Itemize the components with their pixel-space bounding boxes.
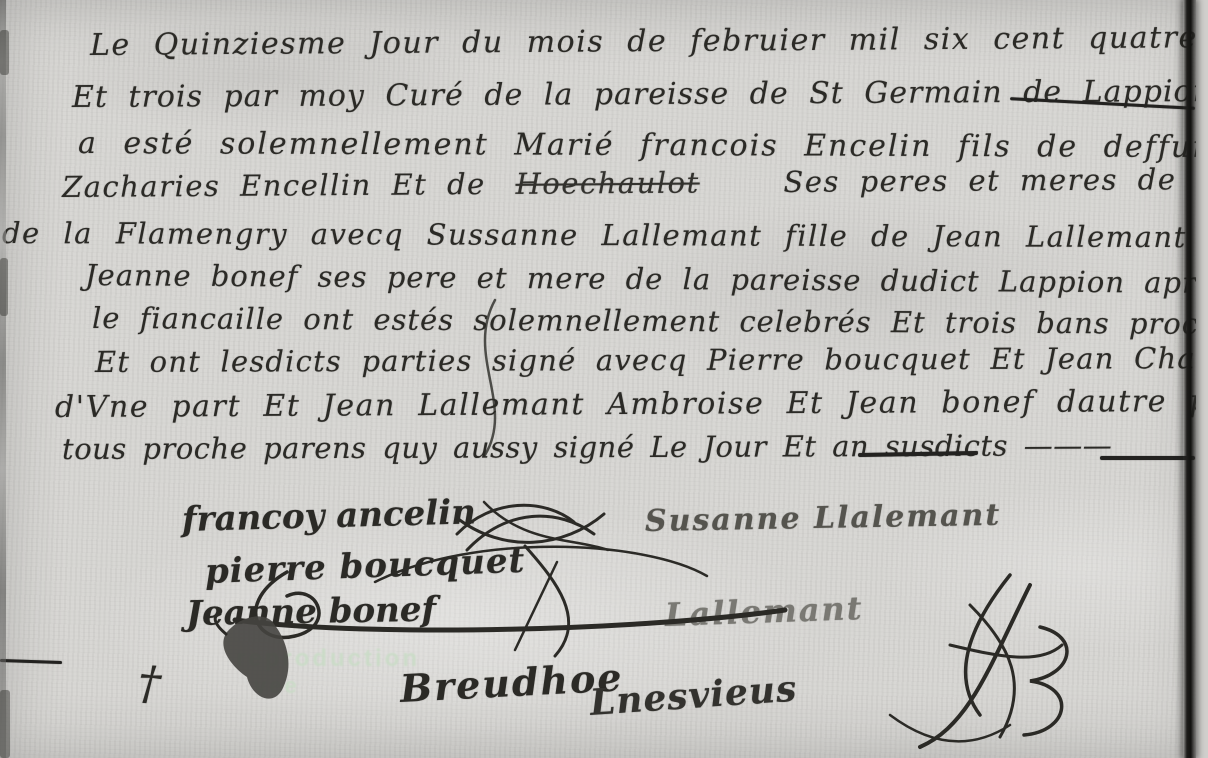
manuscript-line-4: Zacharies Encellin Et de Hoechaulot Ses … [62,161,1208,204]
book-gutter-band [1183,0,1196,758]
manuscript-line-6: Jeanne bonef ses pere et mere de la pare… [85,258,1208,301]
manuscript-line-5: de la Flamengry avecq Sussanne Lallemant… [2,216,1208,255]
descender-flourish-signe [455,300,535,460]
line-4-pre: Zacharies Encellin Et de [62,167,486,204]
manuscript-line-9: d'Vne part Et Jean Lallemant Ambroise Et… [55,384,1208,425]
left-scan-edge [0,0,6,758]
ink-blot [212,612,302,707]
manuscript-line-7: le fiancaille ont estés solemnellement c… [92,301,1208,341]
line-4-post: Ses peres et meres de la paroisse [783,161,1208,199]
paraph-flourish-center [225,540,825,660]
stroke-bottom-left [0,659,62,664]
flourish-tangle-bottom-right [830,565,1070,755]
adjacent-page-strip [1196,0,1208,758]
manuscript-line-2: Et trois par moy Curé de la pareisse de … [72,74,1208,115]
manuscript-scan-page: Le Quinziesme Jour du mois de februier m… [0,0,1208,758]
line-4-struck-word: Hoechaulot [515,166,699,201]
signature-cross-mark: † [136,655,163,710]
manuscript-line-8: Et ont lesdicts parties signé avecq Pier… [95,341,1208,379]
left-edge-blot-mid [0,258,8,316]
stroke-right-margin [1100,456,1195,460]
left-edge-blot-top [0,30,9,75]
manuscript-line-3: a esté solemnellement Marié francois Enc… [78,126,1208,165]
left-edge-blot-bottom [0,690,10,758]
signature-francoy-ancelin: francoy ancelin [181,492,476,540]
signature-susanne-lallemant: Susanne Llalemant [645,498,1002,539]
manuscript-line-1: Le Quinziesme Jour du mois de februier m… [90,19,1208,63]
manuscript-line-10: tous proche parens quy aussy signé Le Jo… [62,428,1112,466]
